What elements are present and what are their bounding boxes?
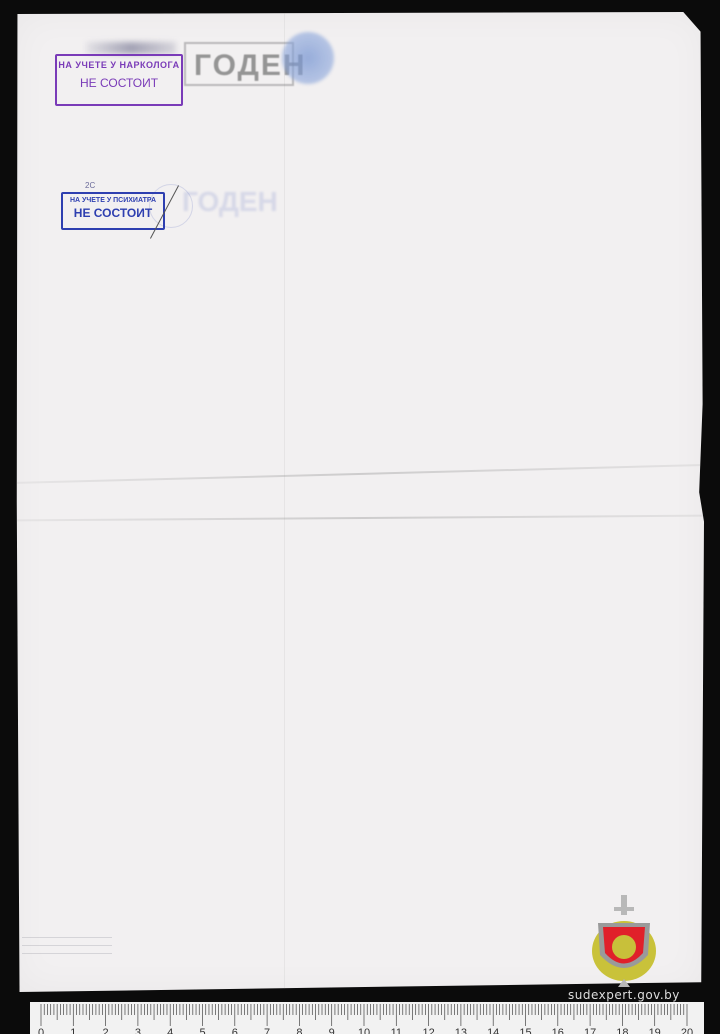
psychiatrist-stamp: 2С НА УЧЕТЕ У ПСИХИАТРА НЕ СОСТОИТ: [61, 192, 165, 230]
watermark: sudexpert.gov.by: [568, 988, 680, 1002]
svg-text:15: 15: [519, 1027, 531, 1034]
fold-line: [14, 464, 704, 484]
svg-text:12: 12: [422, 1027, 434, 1034]
svg-text:13: 13: [455, 1027, 467, 1034]
svg-text:14: 14: [487, 1027, 499, 1034]
svg-text:18: 18: [616, 1027, 628, 1034]
redacted-name: [86, 42, 176, 54]
svg-text:0: 0: [38, 1027, 44, 1034]
narcologist-stamp: НА УЧЕТЕ У НАРКОЛОГА НЕ СОСТОИТ: [55, 54, 183, 106]
svg-text:3: 3: [135, 1027, 141, 1034]
svg-text:1: 1: [70, 1027, 76, 1034]
document-sheet: НА УЧЕТЕ У НАРКОЛОГА НЕ СОСТОИТ ГОДЕН ГО…: [14, 12, 704, 992]
svg-text:7: 7: [264, 1027, 270, 1034]
fold-line: [14, 515, 704, 522]
svg-text:16: 16: [552, 1027, 564, 1034]
stamp-line-1: НА УЧЕТЕ У ПСИХИАТРА: [63, 197, 163, 205]
svg-text:11: 11: [391, 1027, 402, 1034]
svg-text:4: 4: [167, 1027, 173, 1034]
svg-text:20: 20: [681, 1027, 693, 1034]
faint-text-lines: [22, 937, 112, 967]
svg-text:17: 17: [584, 1027, 596, 1034]
stamp-line-2: НЕ СОСТОИТ: [57, 77, 181, 90]
svg-text:8: 8: [296, 1027, 302, 1034]
round-seal: [282, 32, 334, 84]
svg-text:10: 10: [358, 1027, 370, 1034]
stamp-line-1: НА УЧЕТЕ У НАРКОЛОГА: [57, 61, 181, 71]
svg-text:6: 6: [232, 1027, 238, 1034]
svg-text:5: 5: [199, 1027, 205, 1034]
svg-text:9: 9: [329, 1027, 335, 1034]
stamp-line-2: НЕ СОСТОИТ: [63, 207, 163, 220]
stamp-number: 2С: [85, 182, 95, 191]
svg-text:19: 19: [649, 1027, 661, 1034]
faint-fit-stamp: ГОДЕН: [182, 186, 278, 218]
measuring-ruler: 01234567891011121314151617181920: [30, 1002, 704, 1034]
vertical-fold: [284, 12, 285, 992]
fit-stamp: ГОДЕН: [184, 42, 294, 86]
svg-text:2: 2: [103, 1027, 109, 1034]
emblem-icon: [588, 895, 660, 987]
